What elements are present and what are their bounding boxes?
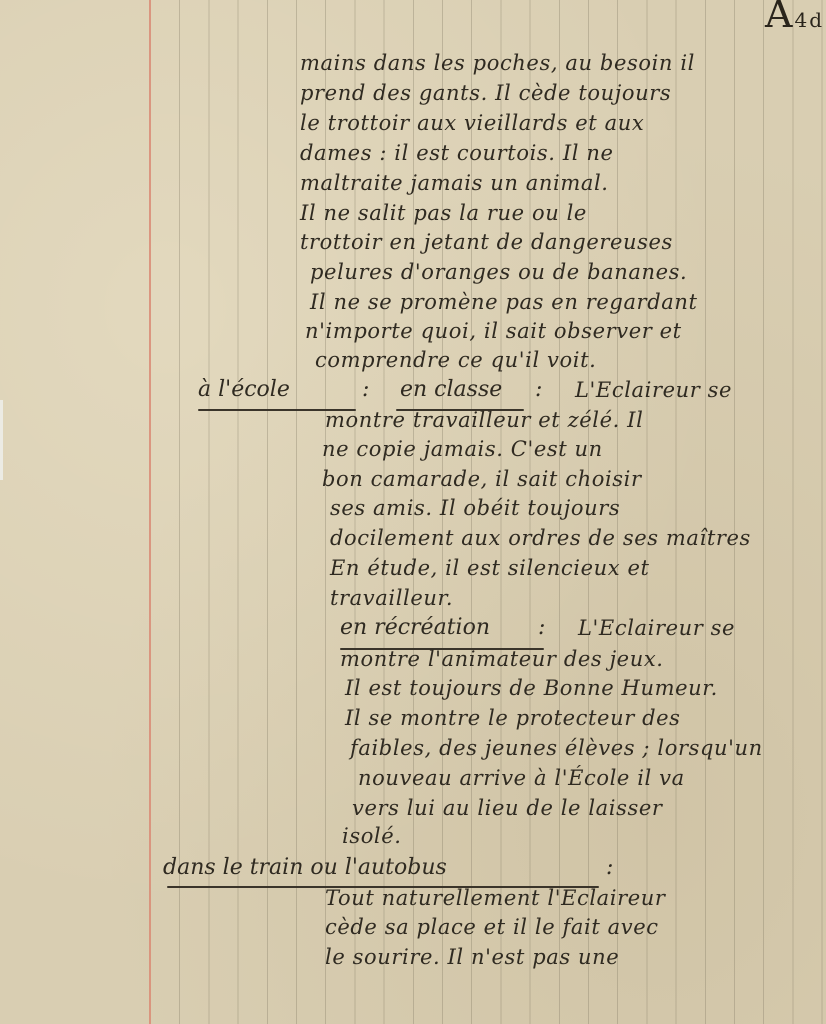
text-line: docilement aux ordres de ses maîtres [330,525,751,551]
text-line: maltraite jamais un animal. [300,170,609,196]
subheading-separator: : [535,377,542,403]
notebook-page: A 4d mains dans les poches, au besoin il… [0,0,826,1024]
text-line: travailleur. [330,585,453,611]
text-line: bon camarade, il sait choisir [322,466,642,492]
text-line: le sourire. Il n'est pas une [325,944,619,970]
text-line: ne copie jamais. C'est un [322,436,603,462]
subheading-separator: : [538,615,545,641]
section-heading-transport: dans le train ou l'autobus [163,855,447,881]
margin-line [149,0,151,1024]
text-line: Tout naturellement l'Eclaireur [325,885,666,911]
text-line: cède sa place et il le fait avec [325,914,659,940]
text-line: mains dans les poches, au besoin il [300,50,695,76]
text-line: dames : il est courtois. Il ne [300,140,613,166]
page-reference: A 4d [765,0,824,34]
section-heading-school: à l'école [198,377,290,403]
text-line: isolé. [342,823,402,849]
text-line: prend des gants. Il cède toujours [300,80,671,106]
text-line: Il ne se promène pas en regardant [310,289,698,315]
text-line: ses amis. Il obéit toujours [330,495,620,521]
heading-separator: : [362,377,369,403]
text-line: montre travailleur et zélé. Il [325,407,643,433]
page-reference-letter: A [765,0,792,34]
text-line: trottoir en jetant de dangereuses [300,229,673,255]
text-line: montre l'animateur des jeux. [340,646,664,672]
text-line: vers lui au lieu de le laisser [352,795,663,821]
text-line: comprendre ce qu'il voit. [315,347,596,373]
text-line: Il ne salit pas la rue ou le [300,200,587,226]
subheading-class: en classe [400,377,502,403]
text-line: En étude, il est silencieux et [330,555,650,581]
heading-separator: : [606,855,613,881]
text-line: pelures d'oranges ou de bananes. [310,259,687,285]
text-line: n'importe quoi, il sait observer et [305,318,682,344]
text-line: le trottoir aux vieillards et aux [300,110,644,136]
text-line: faibles, des jeunes élèves ; lorsqu'un [350,735,763,761]
text-line: nouveau arrive à l'École il va [358,765,685,791]
paper-edge-tear [0,400,3,480]
subheading-recess: en récréation [340,615,490,641]
text-line: Il est toujours de Bonne Humeur. [345,675,718,701]
text-line: L'Eclaireur se [575,377,732,403]
text-line: L'Eclaireur se [578,615,735,641]
text-line: Il se montre le protecteur des [345,705,681,731]
page-reference-suffix: 4d [794,6,824,34]
